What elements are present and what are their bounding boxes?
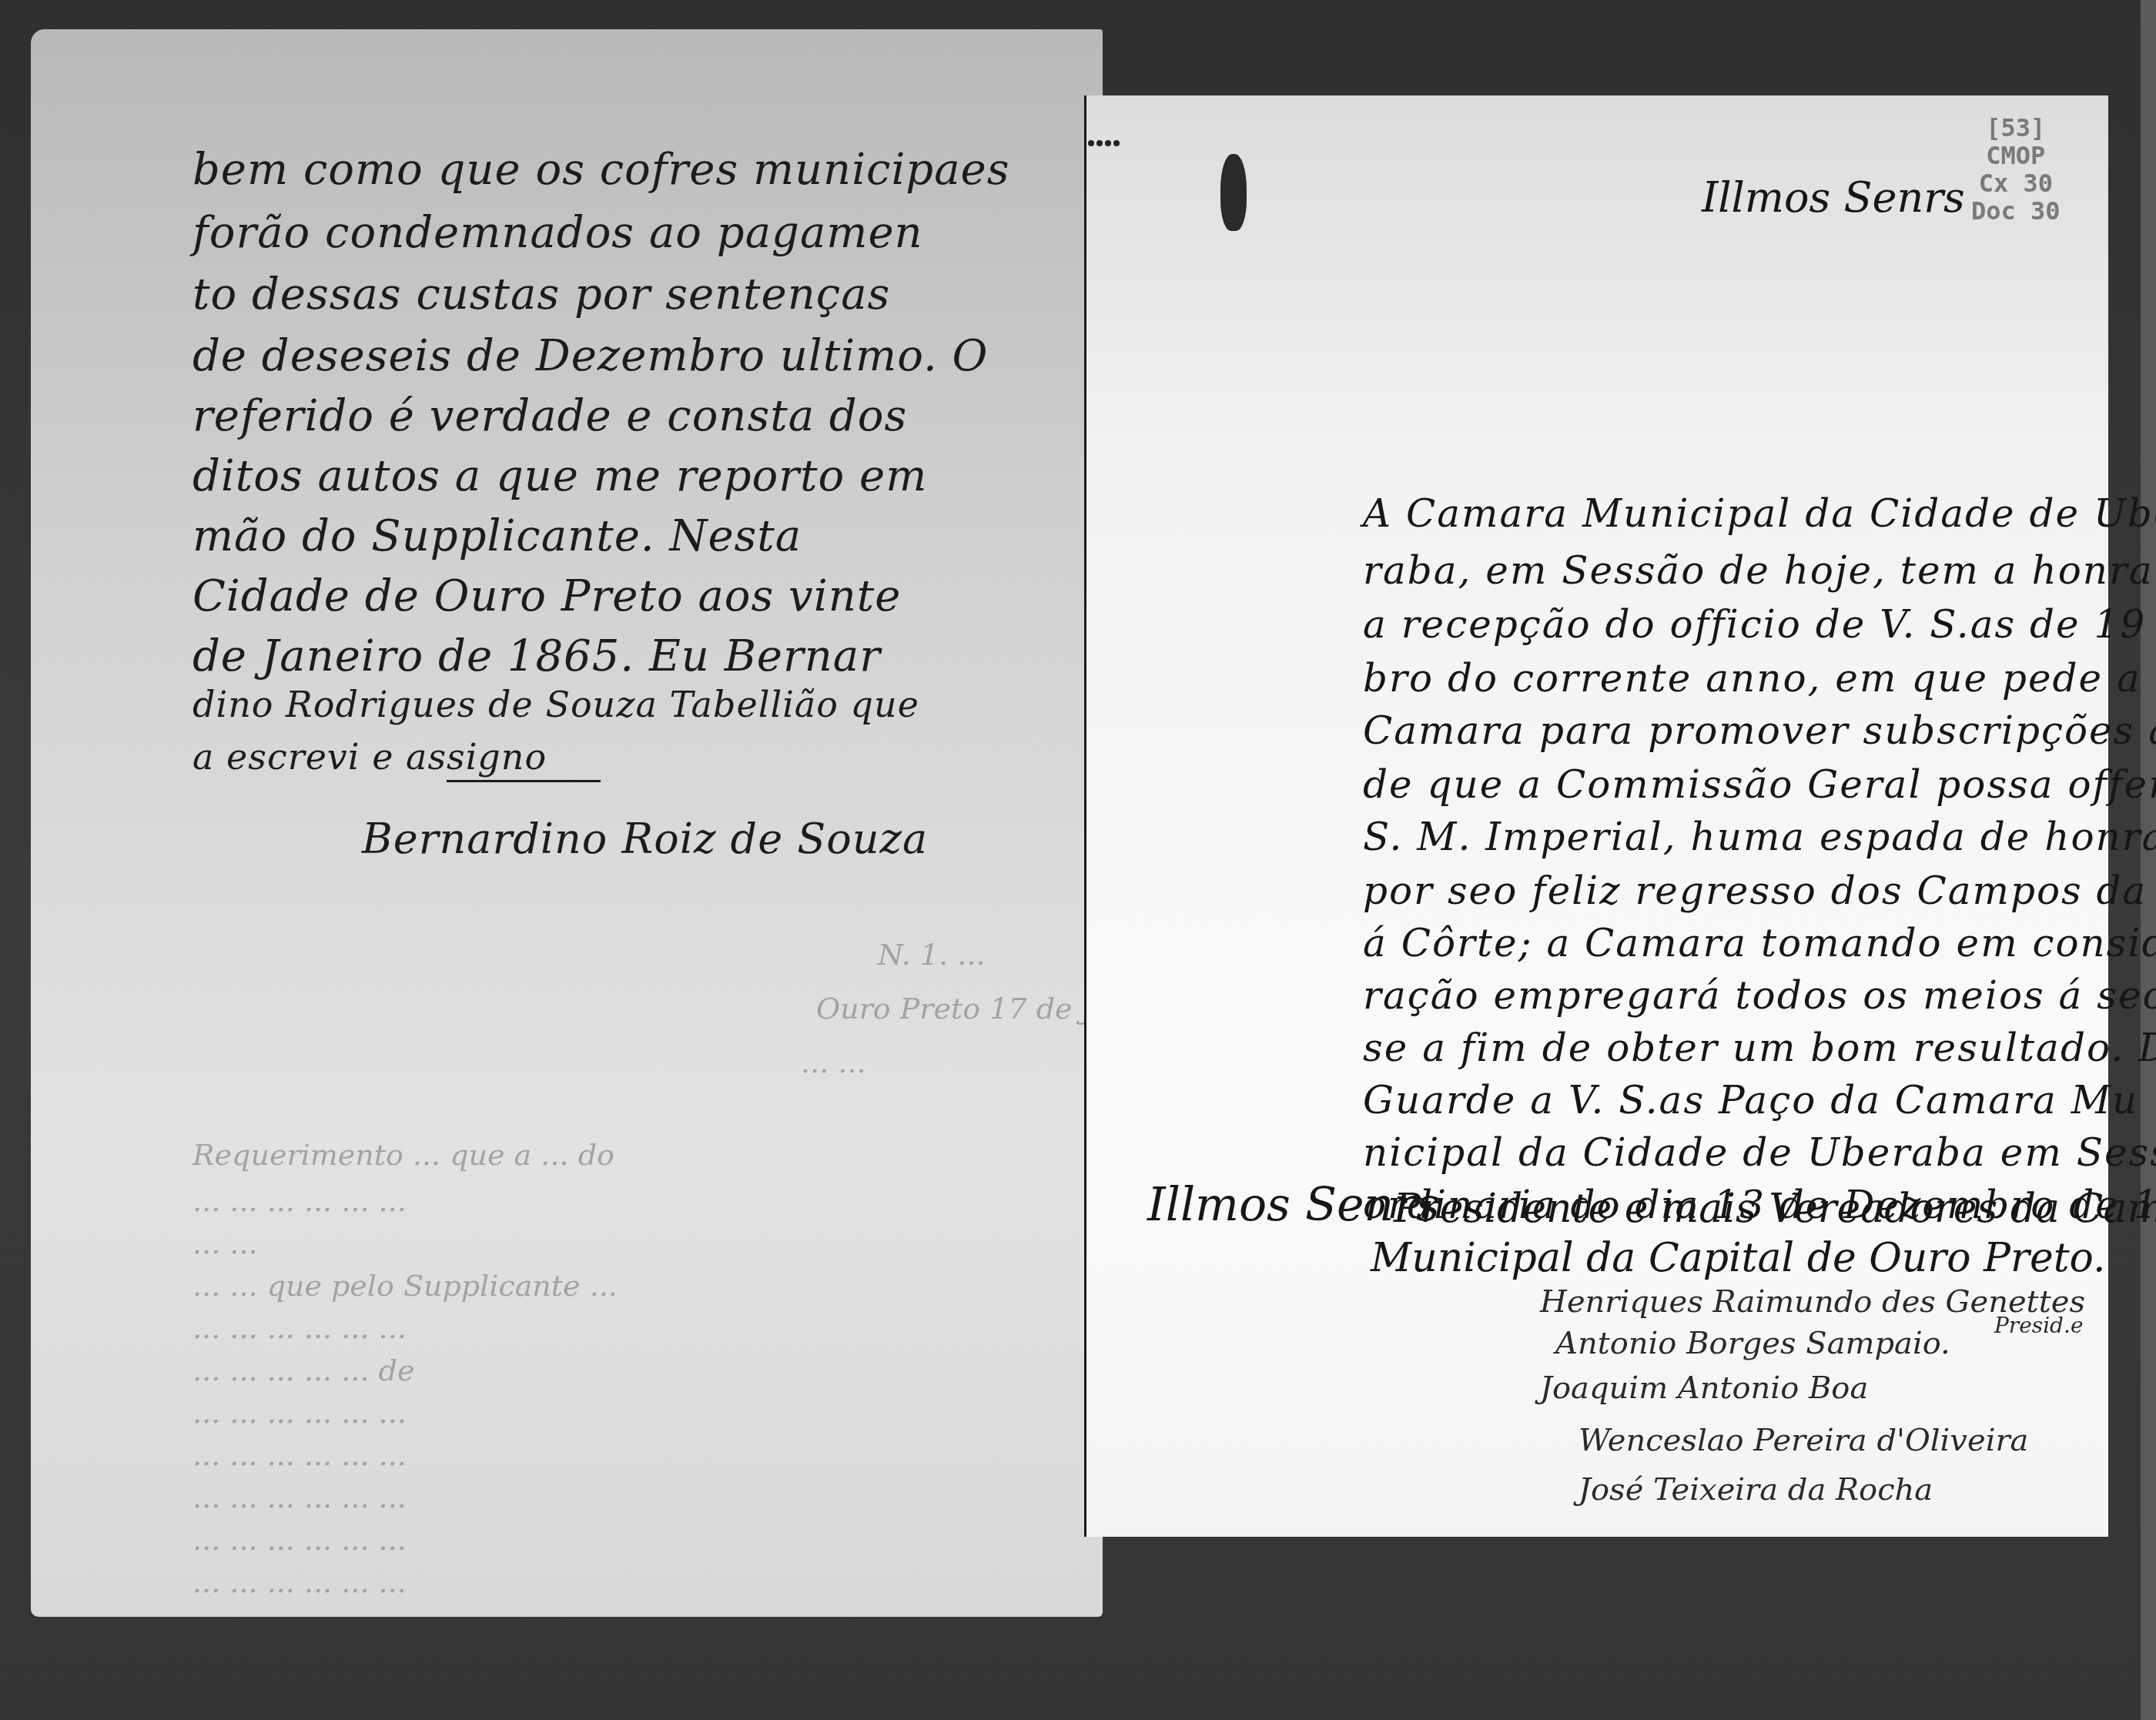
left-line: de Janeiro de 1865. Eu Bernar bbox=[192, 631, 881, 681]
body-line: de que a Commissão Geral possa offertar … bbox=[1363, 762, 2156, 807]
left-line: ditos autos a que me reporto em bbox=[192, 451, 927, 501]
body-line: bro do corrente anno, em que pede a esta bbox=[1363, 656, 2156, 701]
body-line: á Côrte; a Camara tomando em conside bbox=[1363, 921, 2156, 965]
body-line: por seo feliz regresso dos Campos da gue… bbox=[1363, 868, 2156, 913]
body-line: a recepção do officio de V. S.as de 19 d… bbox=[1363, 602, 2156, 647]
body-line: ração empregará todos os meios á seo alc… bbox=[1363, 973, 2156, 1018]
left-line: de deseseis de Dezembro ultimo. O bbox=[192, 331, 988, 381]
bleedthrough-line: Requerimento ... que a ... do bbox=[192, 1138, 614, 1172]
signature-name: Wenceslao Pereira d'Oliveira bbox=[1578, 1423, 2028, 1458]
ink-blot bbox=[1220, 154, 1247, 231]
addressee-line: Presidente e mais Vereadores da Camara bbox=[1394, 1186, 2156, 1232]
signature-title: Presid.e bbox=[1994, 1313, 2084, 1338]
addressee-line: Municipal da Capital de Ouro Preto. bbox=[1371, 1235, 2105, 1281]
bleedthrough-line: ... ... ... ... ... ... bbox=[192, 1523, 407, 1557]
stamp-line: Cx 30 bbox=[1971, 169, 2061, 197]
body-line: Camara para promover subscripções a fim bbox=[1363, 708, 2156, 753]
left-line: to dessas custas por sentenças bbox=[192, 269, 890, 320]
signature-name: José Teixeira da Rocha bbox=[1578, 1472, 1933, 1508]
stamp-line: CMOP bbox=[1971, 142, 2061, 169]
body-line: Guarde a V. S.as Paço da Camara Mu bbox=[1363, 1078, 2138, 1123]
bleedthrough-line: N. 1. ... bbox=[878, 938, 986, 972]
left-page: bem como que os cofres municipaes forão … bbox=[31, 29, 1103, 1617]
archive-stamp: [53] CMOP Cx 30 Doc 30 bbox=[1971, 114, 2061, 225]
bleedthrough-line: ... ... ... ... ... ... bbox=[192, 1311, 407, 1345]
scanner-edge bbox=[2141, 0, 2156, 1720]
bleedthrough-line: ... ... bbox=[192, 1226, 258, 1260]
bleedthrough-line: ... ... bbox=[801, 1046, 866, 1079]
bleedthrough-line: ... ... que pelo Supplicante ... bbox=[192, 1269, 618, 1303]
bleedthrough-line: ... ... ... ... ... ... bbox=[192, 1396, 407, 1430]
left-line: dino Rodrigues de Souza Tabellião que bbox=[192, 684, 919, 725]
left-line: referido é verdade e consta dos bbox=[192, 391, 907, 441]
bleedthrough-line: ... ... ... ... ... ... bbox=[192, 1481, 407, 1514]
stamp-line: Doc 30 bbox=[1971, 197, 2061, 225]
body-line: se a fim de obter um bom resultado. Deos bbox=[1363, 1026, 2156, 1070]
left-line: bem como que os cofres municipaes bbox=[192, 145, 1009, 195]
body-line: nicipal da Cidade de Uberaba em Sessão bbox=[1363, 1130, 2156, 1175]
signature-name: Antonio Borges Sampaio. bbox=[1555, 1326, 1950, 1361]
left-signature: Bernardino Roiz de Souza bbox=[362, 815, 928, 863]
salutation: Illmos Senrs bbox=[1702, 173, 1965, 222]
body-line: A Camara Municipal da Cidade de Ube bbox=[1363, 491, 2156, 536]
flourish bbox=[447, 780, 601, 782]
bleedthrough-line: ... ... ... ... ... ... bbox=[192, 1438, 407, 1472]
body-line: raba, em Sessão de hoje, tem a honra acc… bbox=[1363, 548, 2156, 593]
left-line: a escrevi e assigno bbox=[192, 736, 547, 778]
left-line: forão condemnados ao pagamen bbox=[192, 208, 923, 258]
bleedthrough-line: ... ... ... ... ... de bbox=[192, 1354, 414, 1387]
signature-name: Joaquim Antonio Boa bbox=[1540, 1370, 1868, 1406]
bleedthrough-line: ... ... ... ... ... ... bbox=[192, 1565, 407, 1599]
wormholes bbox=[1088, 135, 1134, 147]
body-line: S. M. Imperial, huma espada de honra, bbox=[1363, 815, 2156, 859]
left-line: mão do Supplicante. Nesta bbox=[192, 511, 802, 561]
left-line: Cidade de Ouro Preto aos vinte bbox=[192, 571, 901, 621]
stamp-line: [53] bbox=[1971, 114, 2061, 142]
bleedthrough-line: ... ... ... ... ... ... bbox=[192, 1184, 407, 1218]
